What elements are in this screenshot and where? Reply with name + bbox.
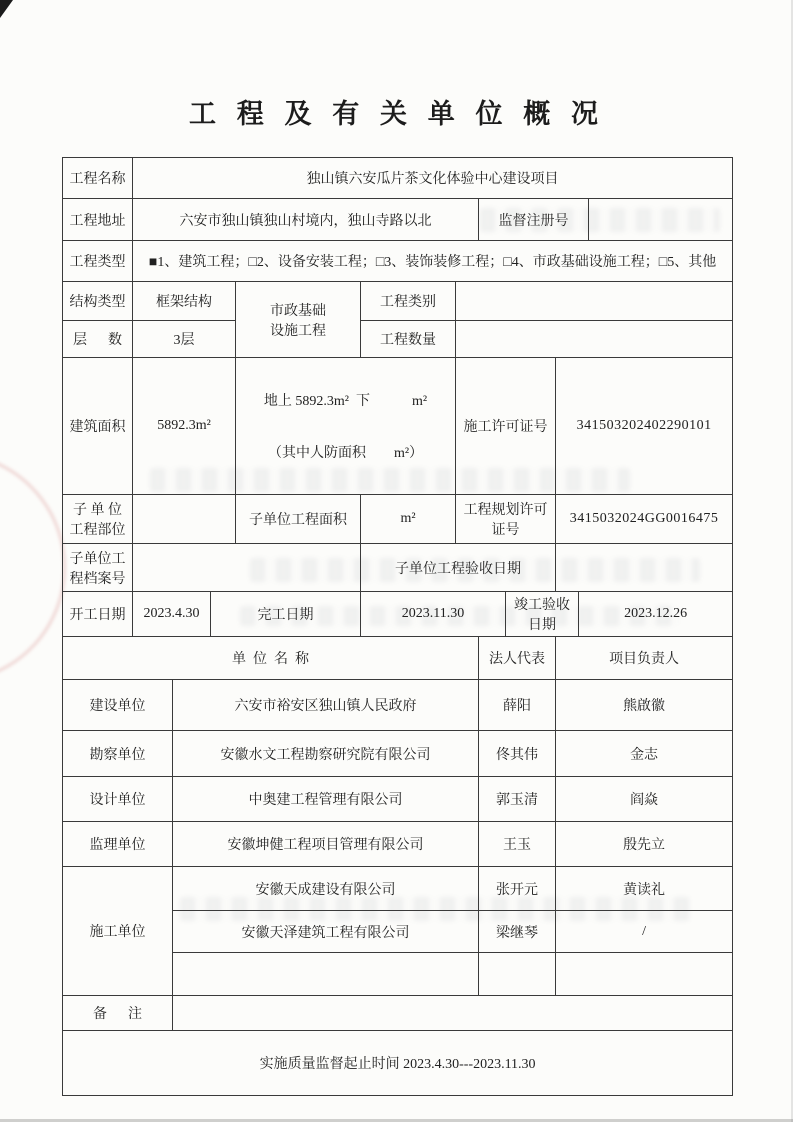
planning-permit-label-line1: 工程规划许可 [462,499,549,519]
table-row-supervision-unit: 监理单位 安徽坤健工程项目管理有限公司 王玉 殷先立 [63,822,733,867]
unit-legal-rep: 佟其伟 [479,731,556,777]
row-sub-unit-file: 子单位工 程档案号 子单位工程验收日期 [63,544,733,592]
row-floors: 层 数 3层 工程数量 [63,321,733,358]
sub-unit-part-label-line2: 工程部位 [69,519,126,539]
unit-role: 监理单位 [63,822,173,867]
project-category-label: 工程类别 [361,282,456,321]
construction-permit-value: 341503202402290101 [556,358,733,495]
remarks-value [173,996,733,1031]
row-units-header: 单 位 名 称 法人代表 项目负责人 [63,637,733,680]
unit-leader: 金志 [556,731,733,777]
unit-role: 设计单位 [63,777,173,822]
page-title: 工 程 及 有 关 单 位 概 况 [62,92,732,131]
row-remarks: 备 注 [63,996,733,1031]
structure-type-value: 框架结构 [133,282,236,321]
floors-label: 层 数 [63,321,133,358]
area-detail-cell: 地上 5892.3m² 下 m² （其中人防面积 m²） [236,358,456,495]
planning-permit-label-line2: 证号 [462,519,549,539]
unit-leader: 黄读礼 [556,867,733,911]
municipal-infra-line1: 市政基础 [242,300,354,320]
planning-permit-label: 工程规划许可 证号 [456,495,556,544]
table-row-contractor-1: 施工单位 安徽天成建设有限公司 张开元 黄读礼 [63,867,733,911]
sub-unit-file-value [133,544,361,592]
sub-unit-file-label-line2: 程档案号 [69,568,126,588]
planning-permit-value: 3415032024GG0016475 [556,495,733,544]
sub-unit-acceptance-value [556,544,733,592]
finish-date-label: 完工日期 [211,592,361,637]
unit-name: 六安市裕安区独山镇人民政府 [173,680,479,731]
area-detail-line2: （其中人防面积 m²） [242,442,449,462]
sub-unit-part-value [133,495,236,544]
project-name-label: 工程名称 [63,158,133,199]
sub-unit-file-label: 子单位工 程档案号 [63,544,133,592]
row-project-address: 工程地址 六安市独山镇独山村境内，独山寺路以北 监督注册号 [63,199,733,241]
unit-leader: 阎焱 [556,777,733,822]
completion-date-label-line2: 日期 [508,614,576,634]
sub-unit-file-label-line1: 子单位工 [69,548,126,568]
unit-role-contractor: 施工单位 [63,867,173,996]
row-supervision-period: 实施质量监督起止时间 2023.4.30---2023.11.30 [63,1031,733,1096]
unit-role: 勘察单位 [63,731,173,777]
construction-permit-label: 施工许可证号 [456,358,556,495]
table-row-design-unit: 设计单位 中奥建工程管理有限公司 郭玉清 阎焱 [63,777,733,822]
unit-name [173,953,479,996]
sub-unit-part-label-line1: 子 单 位 [69,499,126,519]
sub-unit-acceptance-label: 子单位工程验收日期 [361,544,556,592]
scanned-document-page: 工 程 及 有 关 单 位 概 况 工程名称 独山镇六安瓜片茶文化体验中心建设项… [0,0,793,1122]
unit-legal-rep: 张开元 [479,867,556,911]
unit-legal-rep: 梁继琴 [479,911,556,953]
project-address-value: 六安市独山镇独山村境内，独山寺路以北 [133,199,479,241]
units-header-legal-rep: 法人代表 [479,637,556,680]
project-address-label: 工程地址 [63,199,133,241]
supervision-reg-value [589,199,733,241]
unit-name: 中奥建工程管理有限公司 [173,777,479,822]
supervision-period-text: 实施质量监督起止时间 2023.4.30---2023.11.30 [63,1031,733,1096]
municipal-infra-cell: 市政基础 设施工程 [236,282,361,358]
floors-value: 3层 [133,321,236,358]
units-header-leader: 项目负责人 [556,637,733,680]
unit-leader: 殷先立 [556,822,733,867]
sub-unit-area-label: 子单位工程面积 [236,495,361,544]
project-type-label: 工程类型 [63,241,133,282]
red-stamp-fragment [0,452,66,683]
area-detail-line1: 地上 5892.3m² 下 m² [242,390,449,410]
row-building-area: 建筑面积 5892.3m² 地上 5892.3m² 下 m² （其中人防面积 m… [63,358,733,495]
municipal-infra-line2: 设施工程 [242,320,354,340]
project-category-value [456,282,733,321]
units-header-name: 单 位 名 称 [63,637,479,680]
finish-date-value: 2023.11.30 [361,592,506,637]
table-row-survey-unit: 勘察单位 安徽水文工程勘察研究院有限公司 佟其伟 金志 [63,731,733,777]
supervision-reg-label: 监督注册号 [479,199,589,241]
building-area-value: 5892.3m² [133,358,236,495]
start-date-value: 2023.4.30 [133,592,211,637]
building-area-label: 建筑面积 [63,358,133,495]
project-quantity-label: 工程数量 [361,321,456,358]
row-project-name: 工程名称 独山镇六安瓜片茶文化体验中心建设项目 [63,158,733,199]
row-structure-type: 结构类型 框架结构 市政基础 设施工程 工程类别 [63,282,733,321]
unit-name: 安徽天成建设有限公司 [173,867,479,911]
unit-leader [556,953,733,996]
unit-legal-rep [479,953,556,996]
unit-name: 安徽坤健工程项目管理有限公司 [173,822,479,867]
completion-date-value: 2023.12.26 [579,592,733,637]
project-overview-table: 工程名称 独山镇六安瓜片茶文化体验中心建设项目 工程地址 六安市独山镇独山村境内… [62,157,733,1096]
unit-name: 安徽水文工程勘察研究院有限公司 [173,731,479,777]
table-row-construction-owner: 建设单位 六安市裕安区独山镇人民政府 薛阳 熊啟徽 [63,680,733,731]
row-dates: 开工日期 2023.4.30 完工日期 2023.11.30 竣工验收 日期 2… [63,592,733,637]
scan-corner-artifact [0,0,13,18]
row-sub-unit-part: 子 单 位 工程部位 子单位工程面积 m² 工程规划许可 证号 34150320… [63,495,733,544]
unit-name: 安徽天泽建筑工程有限公司 [173,911,479,953]
project-quantity-value [456,321,733,358]
unit-role: 建设单位 [63,680,173,731]
project-name-value: 独山镇六安瓜片茶文化体验中心建设项目 [133,158,733,199]
sub-unit-part-label: 子 单 位 工程部位 [63,495,133,544]
start-date-label: 开工日期 [63,592,133,637]
unit-leader: 熊啟徽 [556,680,733,731]
row-project-type: 工程类型 ■1、建筑工程；□2、设备安装工程；□3、装饰装修工程；□4、市政基础… [63,241,733,282]
remarks-label: 备 注 [63,996,173,1031]
project-type-checkboxes: ■1、建筑工程；□2、设备安装工程；□3、装饰装修工程；□4、市政基础设施工程；… [133,241,733,282]
unit-leader: / [556,911,733,953]
unit-legal-rep: 王玉 [479,822,556,867]
sub-unit-area-unit: m² [361,495,456,544]
completion-date-label-line1: 竣工验收 [508,594,576,614]
structure-type-label: 结构类型 [63,282,133,321]
unit-legal-rep: 薛阳 [479,680,556,731]
unit-legal-rep: 郭玉清 [479,777,556,822]
completion-date-label: 竣工验收 日期 [506,592,579,637]
